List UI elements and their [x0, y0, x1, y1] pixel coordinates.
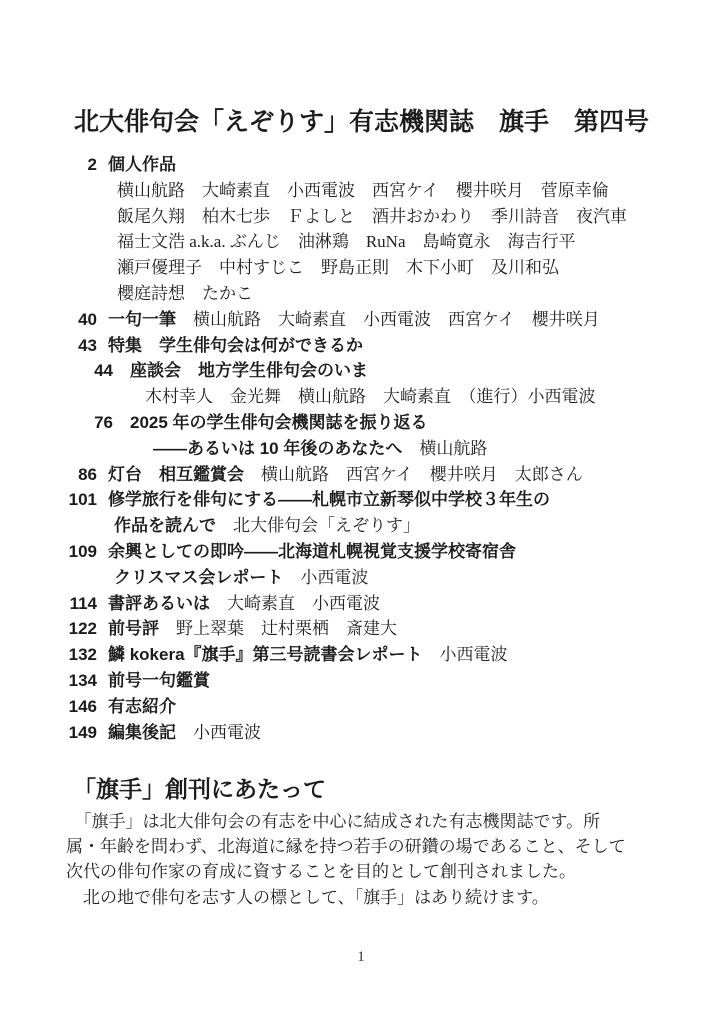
toc-entry-title: ——あるいは 10 年後のあなたへ [153, 436, 402, 462]
toc-page-number: 134 [0, 668, 97, 694]
toc-page-number: 86 [0, 462, 97, 488]
section-heading: 「旗手」創刊にあたって [73, 774, 326, 804]
toc-page-number: 149 [0, 720, 97, 746]
toc-entry-title: 2025 年の学生俳句会機関誌を振り返る [130, 413, 428, 432]
toc-page-number: 76 [0, 410, 113, 436]
toc-authors-line: 横山航路 大崎素直 小西電波 西宮ケイ 櫻井咲月 菅原幸倫 [0, 178, 722, 204]
page-title: 北大俳句会「えぞりす」有志機関誌 旗手 第四号 [74, 105, 649, 139]
page-number: 1 [0, 949, 722, 966]
toc-entry-title: 作品を読んで [114, 513, 216, 539]
toc-entry-title: 灯台 相互鑑賞会 [108, 465, 244, 484]
toc-entry: 109 余興としての即吟——北海道札幌視覚支援学校寄宿舎 [0, 539, 722, 565]
table-of-contents: 2 個人作品 横山航路 大崎素直 小西電波 西宮ケイ 櫻井咲月 菅原幸倫 飯尾久… [0, 152, 722, 745]
toc-entry-authors: 小西電波 [283, 565, 368, 591]
toc-entry-subtitle: ——あるいは 10 年後のあなたへ 横山航路 [0, 436, 722, 462]
toc-entry-title: 個人作品 [108, 155, 176, 174]
toc-entry-authors: 小西電波 [176, 723, 261, 742]
toc-authors-line: 木村幸人 金光舞 横山航路 大崎素直 （進行）小西電波 [0, 384, 722, 410]
toc-entry-title: 余興としての即吟——北海道札幌視覚支援学校寄宿舎 [108, 542, 516, 561]
toc-entry: 86 灯台 相互鑑賞会 横山航路 西宮ケイ 櫻井咲月 太郎さん [0, 462, 722, 488]
toc-entry-title: 座談会 地方学生俳句会のいま [130, 361, 368, 380]
toc-entry-title: 修学旅行を俳句にする——札幌市立新琴似中学校３年生の [108, 490, 550, 509]
toc-sub-entry: 44 座談会 地方学生俳句会のいま [0, 358, 722, 384]
toc-entry: 134 前号一句鑑賞 [0, 668, 722, 694]
toc-entry-title: 前号一句鑑賞 [108, 671, 210, 690]
toc-entry-authors: 櫻庭詩想 たかこ [117, 281, 253, 307]
toc-entry: 132 鱗 kokera『旗手』第三号読書会レポート 小西電波 [0, 642, 722, 668]
toc-page-number: 2 [0, 152, 97, 178]
toc-page-number: 146 [0, 694, 97, 720]
toc-page-number: 101 [0, 487, 97, 513]
toc-entry-title: 前号評 [108, 619, 159, 638]
toc-entry: 122 前号評 野上翠葉 辻村栗栖 斎建大 [0, 616, 722, 642]
toc-entry: 146 有志紹介 [0, 694, 722, 720]
toc-entry-title: クリスマス会レポート [114, 565, 283, 591]
toc-page-number: 109 [0, 539, 97, 565]
paragraph-line: 次代の俳句作家の育成に資することを目的として創刊されました。 [66, 859, 666, 884]
toc-page-number: 40 [0, 307, 97, 333]
paragraph-line: 北の地で俳句を志す人の標として、「旗手」はあり続けます。 [66, 885, 666, 910]
toc-entry: 149 編集後記 小西電波 [0, 720, 722, 746]
toc-entry-title: 有志紹介 [108, 697, 176, 716]
toc-authors-line: 瀬戸優理子 中村すじこ 野島正則 木下小町 及川和弘 [0, 255, 722, 281]
foreword-paragraph: 「旗手」は北大俳句会の有志を中心に結成された有志機関誌です。所 属・年齢を問わず… [66, 809, 666, 910]
toc-page-number: 132 [0, 642, 97, 668]
toc-page-number: 122 [0, 616, 97, 642]
toc-entry-authors: 横山航路 大崎素直 小西電波 西宮ケイ 櫻井咲月 菅原幸倫 [117, 178, 609, 204]
toc-entry-title: 特集 学生俳句会は何ができるか [108, 336, 363, 355]
toc-entry-authors: 大崎素直 小西電波 [210, 594, 380, 613]
toc-entry-continuation: 作品を読んで 北大俳句会「えぞりす」 [0, 513, 722, 539]
toc-entry-title: 書評あるいは [108, 594, 210, 613]
paragraph-line: 「旗手」は北大俳句会の有志を中心に結成された有志機関誌です。所 [66, 809, 666, 834]
toc-entry: 43 特集 学生俳句会は何ができるか [0, 333, 722, 359]
toc-entry-authors: 小西電波 [423, 645, 508, 664]
toc-entry: 40 一句一筆 横山航路 大崎素直 小西電波 西宮ケイ 櫻井咲月 [0, 307, 722, 333]
paragraph-line: 属・年齢を問わず、北海道に縁を持つ若手の研鑽の場であること、そして [66, 834, 666, 859]
toc-entry: 2 個人作品 [0, 152, 722, 178]
toc-page-number: 43 [0, 333, 97, 359]
toc-entry-authors: 木村幸人 金光舞 横山航路 大崎素直 （進行）小西電波 [145, 384, 596, 410]
document-page: 北大俳句会「えぞりす」有志機関誌 旗手 第四号 2 個人作品 横山航路 大崎素直… [0, 0, 722, 1024]
toc-entry: 114 書評あるいは 大崎素直 小西電波 [0, 591, 722, 617]
toc-entry: 101 修学旅行を俳句にする——札幌市立新琴似中学校３年生の [0, 487, 722, 513]
toc-entry-authors: 飯尾久翔 柏木七歩 Ｆよしと 酒井おかわり 季川詩音 夜汽車 [117, 204, 627, 230]
toc-authors-line: 福士文浩 a.k.a. ぶんじ 油淋鶏 RuNa 島崎寛永 海吉行平 [0, 229, 722, 255]
toc-entry-title: 鱗 kokera『旗手』第三号読書会レポート [108, 645, 423, 664]
toc-authors-line: 櫻庭詩想 たかこ [0, 281, 722, 307]
toc-entry-continuation: クリスマス会レポート 小西電波 [0, 565, 722, 591]
toc-entry-authors: 北大俳句会「えぞりす」 [216, 513, 420, 539]
toc-entry-authors: 横山航路 [402, 436, 487, 462]
toc-entry-authors: 横山航路 大崎素直 小西電波 西宮ケイ 櫻井咲月 [176, 310, 600, 329]
toc-entry-authors: 野上翠葉 辻村栗栖 斎建大 [159, 619, 397, 638]
toc-page-number: 44 [0, 358, 113, 384]
toc-sub-entry: 76 2025 年の学生俳句会機関誌を振り返る [0, 410, 722, 436]
toc-entry-authors: 横山航路 西宮ケイ 櫻井咲月 太郎さん [244, 465, 583, 484]
toc-entry-title: 一句一筆 [108, 310, 176, 329]
toc-entry-title: 編集後記 [108, 723, 176, 742]
toc-page-number: 114 [0, 591, 97, 617]
toc-entry-authors: 福士文浩 a.k.a. ぶんじ 油淋鶏 RuNa 島崎寛永 海吉行平 [117, 229, 576, 255]
toc-authors-line: 飯尾久翔 柏木七歩 Ｆよしと 酒井おかわり 季川詩音 夜汽車 [0, 204, 722, 230]
toc-entry-authors: 瀬戸優理子 中村すじこ 野島正則 木下小町 及川和弘 [117, 255, 559, 281]
